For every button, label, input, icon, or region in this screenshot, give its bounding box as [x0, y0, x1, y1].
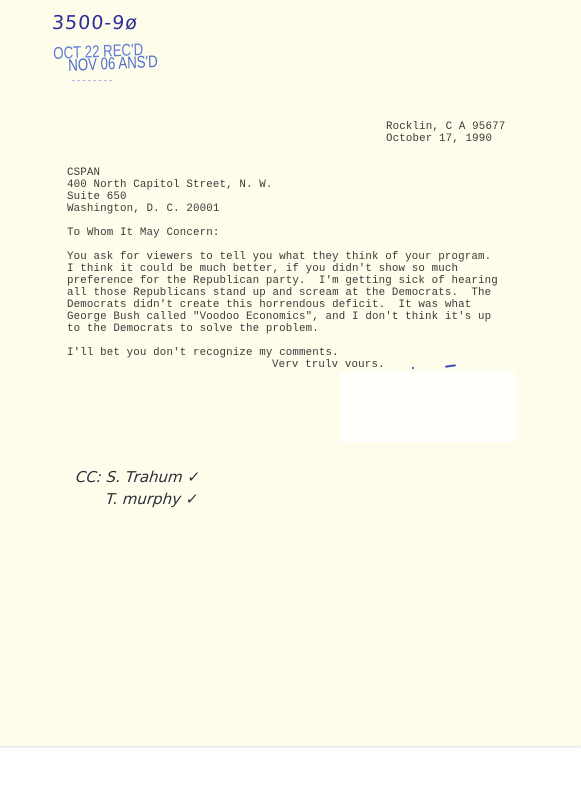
recipient-city: Washington, D. C. 20001 [67, 203, 219, 215]
letter-page: 3500-9ø OCT 22 REC'D NOV 06 ANS'D Rockli… [0, 0, 581, 746]
answered-stamp: NOV 06 ANS'D [68, 52, 158, 76]
cc-line-2: T. murphy ✓ [105, 490, 199, 508]
letter-date: October 17, 1990 [386, 133, 492, 145]
signature-ink-mark [445, 364, 456, 368]
body-line: I think it could be much better, if you … [67, 263, 458, 275]
sender-city: Rocklin, C A 95677 [386, 121, 505, 133]
body-line: preference for the Republican party. I'm… [67, 275, 498, 287]
redacted-signature [340, 372, 515, 442]
body-line: You ask for viewers to tell you what the… [67, 251, 491, 263]
body-line: all those Republicans stand up and screa… [67, 287, 491, 299]
body-line: George Bush called "Voodoo Economics", a… [67, 311, 491, 323]
closing-paragraph: I'll bet you don't recognize my comments… [67, 347, 339, 359]
closing: Verv trulv vours. [272, 359, 385, 371]
signature-ink-mark [412, 367, 414, 369]
recipient-suite: Suite 650 [67, 191, 127, 203]
handwritten-file-number: 3500-9ø [51, 12, 138, 34]
recipient-street: 400 North Capitol Street, N. W. [67, 179, 273, 191]
stamp-residue [72, 80, 112, 81]
body-line: Democrats didn't create this horrendous … [67, 299, 471, 311]
cc-line-1: CC: S. Trahum ✓ [75, 468, 201, 486]
salutation: To Whom It May Concern: [67, 227, 219, 239]
body-line: to the Democrats to solve the problem. [67, 323, 319, 335]
recipient-name: CSPAN [67, 167, 100, 179]
